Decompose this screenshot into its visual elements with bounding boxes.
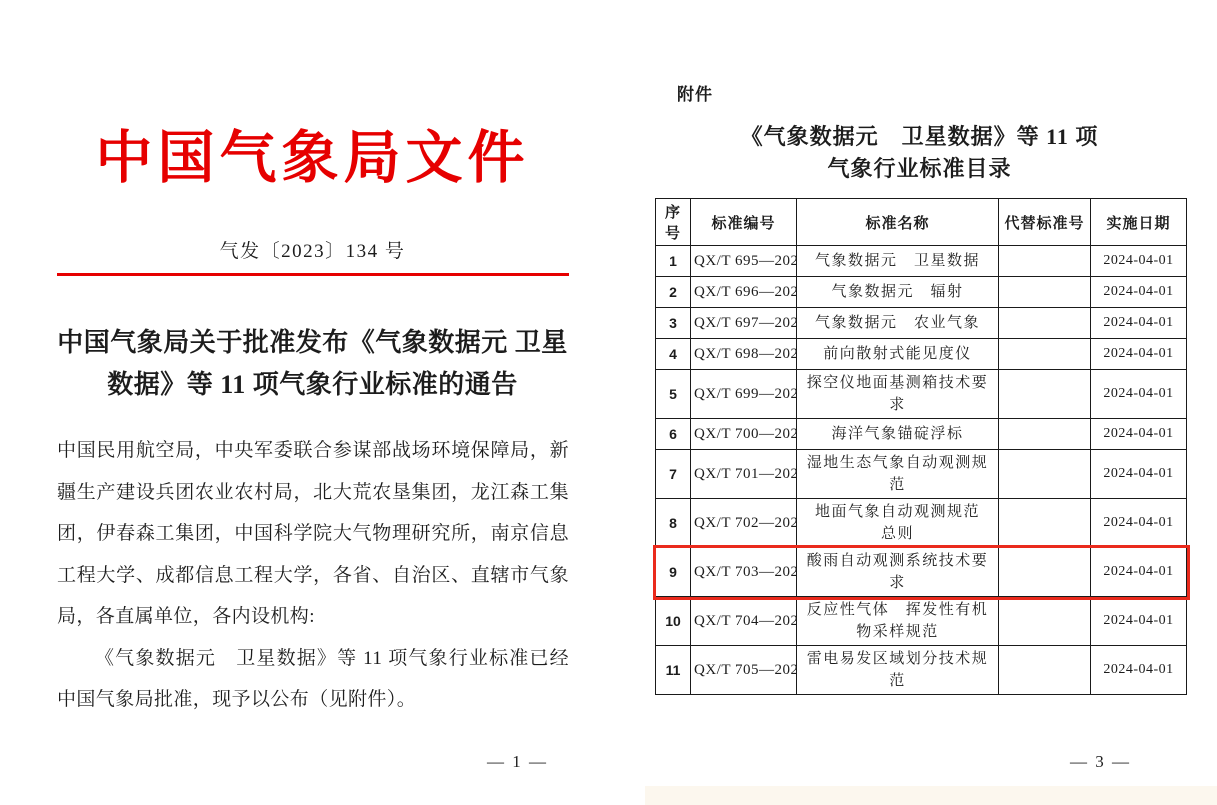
cell-seq: 6 (656, 419, 691, 450)
cell-name: 酸雨自动观测系统技术要求 (797, 548, 999, 597)
cell-code: QX/T 696—2023 (691, 277, 797, 308)
table-header-row: 序号 标准编号 标准名称 代替标准号 实施日期 (656, 199, 1187, 246)
cell-name: 气象数据元 卫星数据 (797, 246, 999, 277)
cell-code: QX/T 699—2023 (691, 370, 797, 419)
highlighted-table-row: 9 QX/T 703—2023 酸雨自动观测系统技术要求 2024-04-01 (656, 548, 1187, 597)
cell-seq: 11 (656, 646, 691, 695)
cell-name: 湿地生态气象自动观测规范 (797, 450, 999, 499)
cell-date: 2024-04-01 (1091, 450, 1187, 499)
col-header-seq: 序号 (656, 199, 691, 246)
col-header-name: 标准名称 (797, 199, 999, 246)
table-row: 11 QX/T 705—2023 雷电易发区域划分技术规范 2024-04-01 (656, 646, 1187, 695)
table-row: 1 QX/T 695—2023 气象数据元 卫星数据 2024-04-01 (656, 246, 1187, 277)
attachment-title-line-2: 气象行业标准目录 (653, 153, 1186, 185)
cell-date: 2024-04-01 (1091, 548, 1187, 597)
cell-replaced (999, 499, 1091, 548)
cell-replaced (999, 419, 1091, 450)
cell-date: 2024-04-01 (1091, 277, 1187, 308)
table-row: 10 QX/T 704—2023 反应性气体 挥发性有机物采样规范 2024-0… (656, 597, 1187, 646)
cell-code: QX/T 703—2023 (691, 548, 797, 597)
table-row: 7 QX/T 701—2023 湿地生态气象自动观测规范 2024-04-01 (656, 450, 1187, 499)
table-row: 8 QX/T 702—2023 地面气象自动观测规范 总则 2024-04-01 (656, 499, 1187, 548)
cell-date: 2024-04-01 (1091, 246, 1187, 277)
cell-name: 地面气象自动观测规范 总则 (797, 499, 999, 548)
attachment-label: 附件 (677, 80, 713, 105)
cell-date: 2024-04-01 (1091, 646, 1187, 695)
page-number-right: — 3 — (1070, 752, 1131, 772)
cell-replaced (999, 277, 1091, 308)
cell-name: 前向散射式能见度仪 (797, 339, 999, 370)
col-header-replaced: 代替标准号 (999, 199, 1091, 246)
cell-name: 反应性气体 挥发性有机物采样规范 (797, 597, 999, 646)
cell-replaced (999, 339, 1091, 370)
cell-seq: 8 (656, 499, 691, 548)
cell-date: 2024-04-01 (1091, 370, 1187, 419)
cell-replaced (999, 597, 1091, 646)
cell-seq: 5 (656, 370, 691, 419)
cell-date: 2024-04-01 (1091, 419, 1187, 450)
cell-name: 气象数据元 辐射 (797, 277, 999, 308)
cell-name: 探空仪地面基测箱技术要求 (797, 370, 999, 419)
page-right: 附件 《气象数据元 卫星数据》等 11 项 气象行业标准目录 序号 标准编号 标… (0, 0, 1217, 805)
cell-code: QX/T 704—2023 (691, 597, 797, 646)
col-header-code: 标准编号 (691, 199, 797, 246)
table-row: 6 QX/T 700—2023 海洋气象锚碇浮标 2024-04-01 (656, 419, 1187, 450)
cell-code: QX/T 702—2023 (691, 499, 797, 548)
cell-seq: 10 (656, 597, 691, 646)
cell-date: 2024-04-01 (1091, 339, 1187, 370)
table-row: 4 QX/T 698—2023 前向散射式能见度仪 2024-04-01 (656, 339, 1187, 370)
table-row: 5 QX/T 699—2023 探空仪地面基测箱技术要求 2024-04-01 (656, 370, 1187, 419)
attachment-title: 《气象数据元 卫星数据》等 11 项 气象行业标准目录 (653, 121, 1186, 185)
scan-edge-strip (645, 786, 1217, 805)
cell-seq: 2 (656, 277, 691, 308)
col-header-date: 实施日期 (1091, 199, 1187, 246)
cell-code: QX/T 695—2023 (691, 246, 797, 277)
cell-replaced (999, 646, 1091, 695)
cell-seq: 9 (656, 548, 691, 597)
cell-date: 2024-04-01 (1091, 499, 1187, 548)
cell-seq: 4 (656, 339, 691, 370)
cell-replaced (999, 548, 1091, 597)
cell-name: 雷电易发区域划分技术规范 (797, 646, 999, 695)
attachment-title-line-1: 《气象数据元 卫星数据》等 11 项 (653, 121, 1186, 153)
table-row: 2 QX/T 696—2023 气象数据元 辐射 2024-04-01 (656, 277, 1187, 308)
cell-replaced (999, 308, 1091, 339)
cell-date: 2024-04-01 (1091, 308, 1187, 339)
cell-replaced (999, 450, 1091, 499)
cell-code: QX/T 705—2023 (691, 646, 797, 695)
cell-seq: 1 (656, 246, 691, 277)
cell-seq: 7 (656, 450, 691, 499)
cell-code: QX/T 700—2023 (691, 419, 797, 450)
cell-date: 2024-04-01 (1091, 597, 1187, 646)
cell-replaced (999, 370, 1091, 419)
standards-table-body: 1 QX/T 695—2023 气象数据元 卫星数据 2024-04-01 2 … (656, 246, 1187, 695)
table-row: 3 QX/T 697—2023 气象数据元 农业气象 2024-04-01 (656, 308, 1187, 339)
cell-seq: 3 (656, 308, 691, 339)
cell-name: 海洋气象锚碇浮标 (797, 419, 999, 450)
cell-replaced (999, 246, 1091, 277)
standards-table: 序号 标准编号 标准名称 代替标准号 实施日期 1 QX/T 695—2023 … (655, 198, 1187, 695)
cell-code: QX/T 697—2023 (691, 308, 797, 339)
cell-name: 气象数据元 农业气象 (797, 308, 999, 339)
document-spread: 中国气象局文件 气发〔2023〕134 号 中国气象局关于批准发布《气象数据元 … (0, 0, 1217, 805)
cell-code: QX/T 698—2023 (691, 339, 797, 370)
cell-code: QX/T 701—2023 (691, 450, 797, 499)
